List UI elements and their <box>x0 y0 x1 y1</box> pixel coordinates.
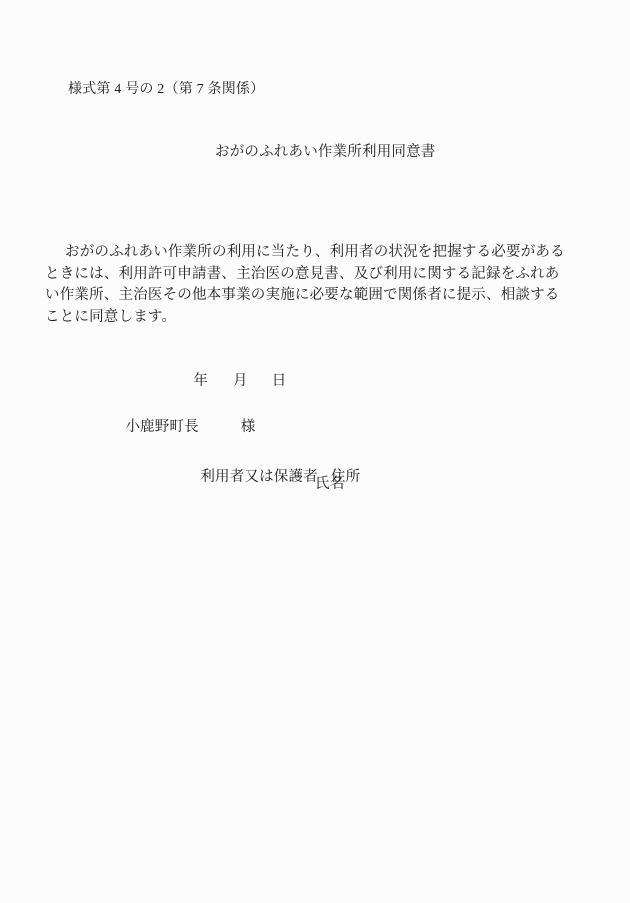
month-blank <box>248 384 272 385</box>
paragraph-line-4: ことに同意します。 <box>45 307 593 329</box>
consent-paragraph: おがのふれあい作業所の利用に当たり、利用者の状況を把握する必要がある ときには、… <box>45 242 593 329</box>
paragraph-line-3: い作業所、主治医その他本事業の実施に必要な範囲で関係者に提示、相談する <box>45 285 593 307</box>
name-label: 氏名 <box>315 474 344 495</box>
paragraph-line-2: ときには、利用許可申請書、主治医の意見書、及び利用に関する記録をふれあ <box>45 264 593 286</box>
document-title: おがのふれあい作業所利用同意書 <box>215 142 436 163</box>
form-number: 様式第 4 号の 2（第 7 条関係） <box>68 79 264 100</box>
year-label: 年 <box>193 373 208 389</box>
document-page: 様式第 4 号の 2（第 7 条関係） おがのふれあい作業所利用同意書 おがのふ… <box>0 0 630 903</box>
recipient-honorific: 様 <box>241 419 256 435</box>
year-blank <box>208 384 233 385</box>
recipient-gap <box>199 430 241 431</box>
day-label: 日 <box>272 373 287 389</box>
signer-label: 利用者又は保護者 <box>200 469 318 485</box>
month-label: 月 <box>233 373 248 389</box>
paragraph-line-1: おがのふれあい作業所の利用に当たり、利用者の状況を把握する必要がある <box>45 242 593 264</box>
recipient-name: 小鹿野町長 <box>125 419 199 435</box>
